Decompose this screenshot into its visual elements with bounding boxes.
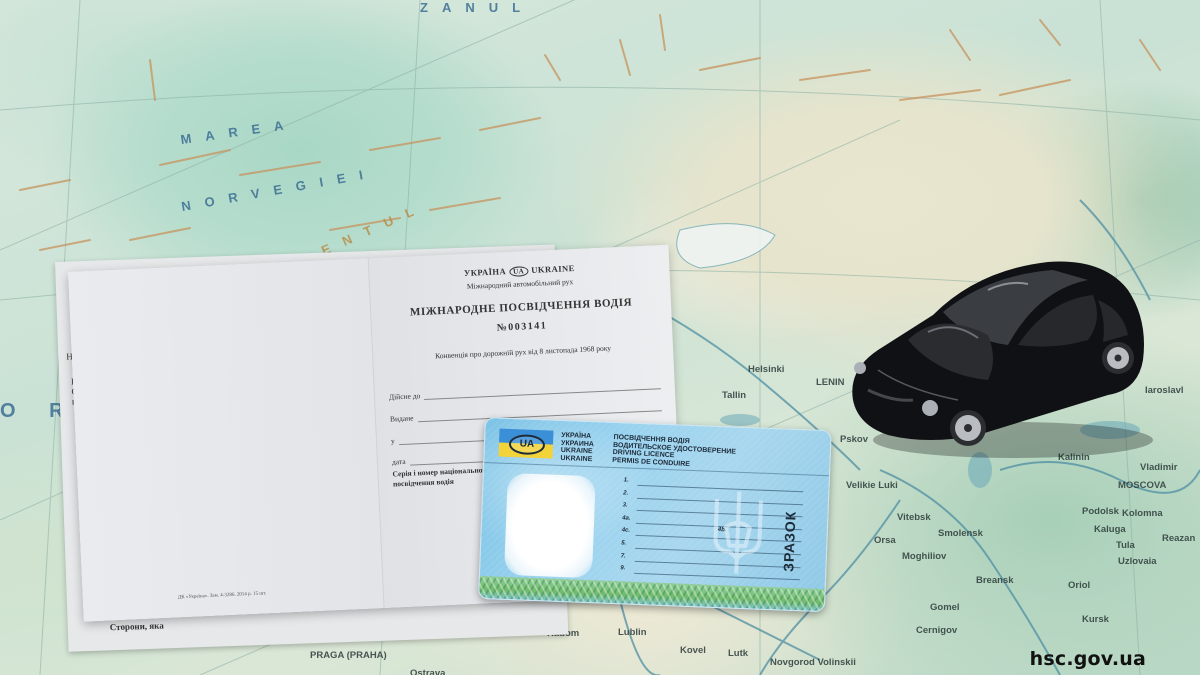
toy-car [838,250,1158,460]
permit-country-ua: УКРАЇНА [464,266,507,278]
map-label-city: Reazan [1162,533,1195,544]
map-label-city: Kursk [1082,614,1109,625]
map-label-city: Orsa [874,535,896,546]
map-label-city: Moghiliov [902,551,946,562]
map-label-city: Kaluga [1094,524,1126,535]
licence-titles: ПОСВІДЧЕННЯ ВОДІЯ ВОДИТЕЛЬСКОЕ УДОСТОВЕР… [612,434,737,471]
map-label-city: Oriol [1068,580,1090,591]
map-label-city: Kolomna [1122,508,1163,519]
source-watermark: hsc.gov.ua [1030,648,1146,670]
map-label-city: PRAGA (PRAHA) [310,650,387,661]
map-label-city: Ostrava [410,668,445,675]
map-label-sea: ZANUL [420,0,534,15]
map-label-city: Smolensk [938,528,983,539]
map-label-city: Breansk [976,575,1014,586]
map-label-city: Tallin [722,390,746,401]
permit-country-en: UKRAINE [531,263,575,275]
back-sheet-text: Сторони, яка [110,620,164,632]
map-label-city: Podolsk [1082,506,1119,517]
licence-country-names: УКРАЇНА УКРАИНА UKRAINE UKRAINE [560,432,594,464]
map-label-city: Velikie Luki [846,480,898,491]
map-label-city: Cernigov [916,625,957,636]
map-label-city: Lutk [728,648,748,659]
licence-photo-placeholder [504,473,596,578]
permit-field-valid-until: Дійсне до [389,380,661,401]
ua-oval-icon: UA [509,266,529,277]
permit-convention: Конвенція про дорожній рух від 8 листопа… [373,341,673,364]
map-label-city: Novgorod Volinskii [770,657,856,668]
trident-emblem-icon [706,487,769,579]
ua-flag-icon: UA [498,429,553,459]
map-label-city: MOSCOVA [1118,480,1166,491]
map-label-city: Gomel [930,602,960,613]
sample-stamp: ЗРАЗОК [780,510,798,572]
permit-left-page [68,258,384,621]
map-label-city: Kovel [680,645,706,656]
permit-number: №003141 [372,315,672,340]
map-label-city: Helsinki [748,364,784,375]
driving-licence-card: UA УКРАЇНА УКРАИНА UKRAINE UKRAINE ПОСВІ… [478,417,832,612]
map-label-city: Vladimir [1140,462,1178,473]
map-label-city: Lublin [618,627,647,638]
map-label-city: Uzlovaia [1118,556,1157,567]
map-label-city: Tula [1116,540,1135,551]
map-label-city: Vitebsk [897,512,931,523]
